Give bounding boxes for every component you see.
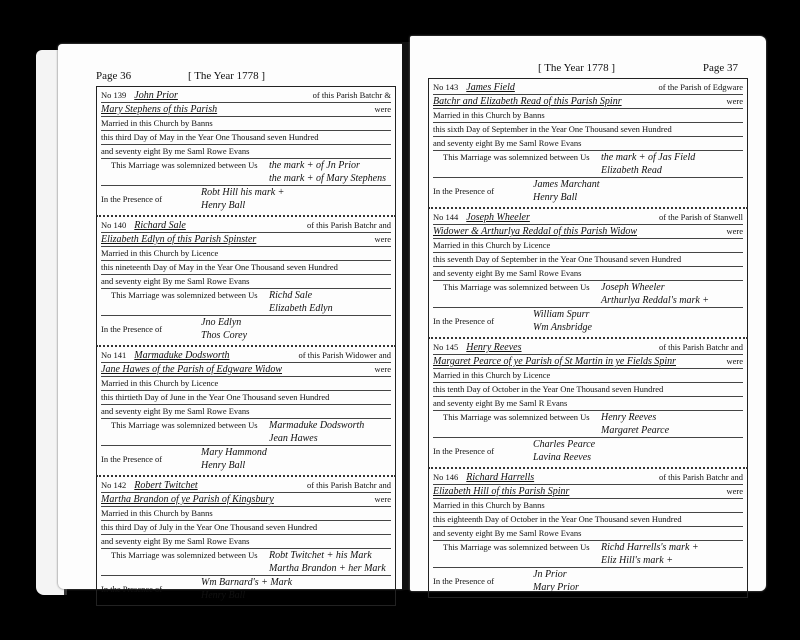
officiant-line: and seventy eight By me Saml Rowe Evans [101, 405, 250, 418]
signature: the mark + of Jn Prior [261, 159, 391, 172]
marriage-entry: No 139 John Prior of this Parish Batchr … [96, 86, 396, 215]
signature: the mark + of Mary Stephens [261, 172, 391, 185]
signature: Martha Brandon + her Mark [261, 562, 391, 575]
were-label: were [726, 225, 743, 238]
bride-line: Jane Hawes of the Parish of Edgware Wido… [101, 363, 282, 376]
signature: Jean Hawes [261, 432, 391, 445]
officiant-line: and seventy eight By me Saml Rowe Evans [101, 275, 250, 288]
groom-parish: of this Parish Batchr and [659, 341, 743, 354]
entry-number: No 140 [101, 219, 126, 232]
marriage-entry: No 145 Henry Reeves of this Parish Batch… [428, 337, 748, 467]
page-number: Page 37 [703, 62, 738, 74]
married-in-line: Married in this Church by Banns [101, 507, 213, 520]
solemnized-label: This Marriage was solemnized between Us [101, 289, 261, 315]
groom-name: James Field [466, 81, 515, 94]
were-label: were [374, 233, 391, 246]
day-line: this third Day of July in the Year One T… [101, 521, 317, 534]
groom-parish: of this Parish Batchr and [307, 479, 391, 492]
solemnized-label: This Marriage was solemnized between Us [433, 281, 593, 307]
groom-parish: of this Parish Batchr and [307, 219, 391, 232]
signature: Elizabeth Read [593, 164, 743, 177]
witness: Henry Ball [193, 589, 391, 602]
entry-number: No 141 [101, 349, 126, 362]
bride-line: Elizabeth Edlyn of this Parish Spinster [101, 233, 256, 246]
signature: Richd Harrells's mark + [593, 541, 743, 554]
entry-number: No 144 [433, 211, 458, 224]
solemnized-label: This Marriage was solemnized between Us [101, 419, 261, 445]
married-in-line: Married in this Church by Licence [433, 369, 550, 382]
married-in-line: Married in this Church by Banns [101, 117, 213, 130]
marriage-entry: No 146 Richard Harrells of this Parish B… [428, 467, 748, 598]
witness: Mary Prior [525, 581, 743, 594]
presence-label: In the Presence of [101, 583, 193, 596]
solemnized-label: This Marriage was solemnized between Us [433, 151, 593, 177]
right-page: [ The Year 1778 ] Page 37 No 143 James F… [410, 36, 766, 591]
groom-name: Robert Twitchet [134, 479, 197, 492]
groom-parish: of the Parish of Stanwell [659, 211, 743, 224]
marriage-entry: No 142 Robert Twitchet of this Parish Ba… [96, 475, 396, 606]
book-gutter [402, 42, 410, 590]
entry-number: No 143 [433, 81, 458, 94]
married-in-line: Married in this Church by Banns [433, 109, 545, 122]
were-label: were [374, 363, 391, 376]
signature: Robt Twitchet + his Mark [261, 549, 391, 562]
signature: Eliz Hill's mark + [593, 554, 743, 567]
witness: Henry Ball [193, 199, 391, 212]
day-line: this third Day of May in the Year One Th… [101, 131, 319, 144]
signature: Richd Sale [261, 289, 391, 302]
year-heading: [ The Year 1778 ] [188, 70, 265, 82]
were-label: were [726, 355, 743, 368]
were-label: were [374, 493, 391, 506]
groom-name: Marmaduke Dodsworth [134, 349, 229, 362]
witness: Charles Pearce [525, 438, 743, 451]
presence-label: In the Presence of [101, 193, 193, 206]
entry-number: No 145 [433, 341, 458, 354]
groom-parish: of this Parish Widower and [298, 349, 391, 362]
marriage-entry: No 144 Joseph Wheeler of the Parish of S… [428, 207, 748, 337]
witness: Henry Ball [525, 191, 743, 204]
signature: Margaret Pearce [593, 424, 743, 437]
marriage-entry: No 143 James Field of the Parish of Edgw… [428, 78, 748, 207]
presence-label: In the Presence of [433, 445, 525, 458]
day-line: this thirtieth Day of June in the Year O… [101, 391, 329, 404]
entries-list: No 139 John Prior of this Parish Batchr … [96, 86, 396, 606]
presence-label: In the Presence of [433, 315, 525, 328]
married-in-line: Married in this Church by Licence [101, 247, 218, 260]
witness: Jn Prior [525, 568, 743, 581]
solemnized-label: This Marriage was solemnized between Us [433, 411, 593, 437]
witness: Robt Hill his mark + [193, 186, 391, 199]
solemnized-label: This Marriage was solemnized between Us [101, 549, 261, 575]
groom-parish: of this Parish Batchr & [313, 89, 391, 102]
day-line: this sixth Day of September in the Year … [433, 123, 672, 136]
groom-parish: of the Parish of Edgware [658, 81, 743, 94]
day-line: this nineteenth Day of May in the Year O… [101, 261, 338, 274]
groom-name: Joseph Wheeler [466, 211, 530, 224]
witness: James Marchant [525, 178, 743, 191]
day-line: this seventh Day of September in the Yea… [433, 253, 681, 266]
witness: Wm Ansbridge [525, 321, 743, 334]
presence-label: In the Presence of [433, 185, 525, 198]
solemnized-label: This Marriage was solemnized between Us [101, 159, 261, 185]
were-label: were [726, 95, 743, 108]
day-line: this eighteenth Day of October in the Ye… [433, 513, 682, 526]
signature: Joseph Wheeler [593, 281, 743, 294]
marriage-entry: No 140 Richard Sale of this Parish Batch… [96, 215, 396, 345]
groom-name: Henry Reeves [466, 341, 521, 354]
entries-list: No 143 James Field of the Parish of Edgw… [428, 78, 748, 598]
married-in-line: Married in this Church by Licence [433, 239, 550, 252]
were-label: were [374, 103, 391, 116]
presence-label: In the Presence of [101, 323, 193, 336]
witness: Jno Edlyn [193, 316, 391, 329]
entry-number: No 142 [101, 479, 126, 492]
were-label: were [726, 485, 743, 498]
groom-name: John Prior [134, 89, 178, 102]
bride-line: Mary Stephens of this Parish [101, 103, 217, 116]
groom-name: Richard Harrells [466, 471, 534, 484]
bride-line: Batchr and Elizabeth Read of this Parish… [433, 95, 622, 108]
signature: Henry Reeves [593, 411, 743, 424]
signature: Marmaduke Dodsworth [261, 419, 391, 432]
marriage-entry: No 141 Marmaduke Dodsworth of this Paris… [96, 345, 396, 475]
entry-number: No 146 [433, 471, 458, 484]
year-heading: [ The Year 1778 ] [538, 62, 615, 74]
officiant-line: and seventy eight By me Saml Rowe Evans [433, 137, 582, 150]
witness: Thos Corey [193, 329, 391, 342]
presence-label: In the Presence of [433, 575, 525, 588]
officiant-line: and seventy eight By me Saml Rowe Evans [433, 527, 582, 540]
officiant-line: and seventy eight By me Saml R Evans [433, 397, 567, 410]
bride-line: Elizabeth Hill of this Parish Spinr [433, 485, 569, 498]
bride-line: Martha Brandon of ye Parish of Kingsbury [101, 493, 274, 506]
witness: William Spurr [525, 308, 743, 321]
page-number: Page 36 [96, 70, 131, 82]
witness: Lavina Reeves [525, 451, 743, 464]
bride-line: Widower & Arthurlya Reddal of this Paris… [433, 225, 637, 238]
groom-name: Richard Sale [134, 219, 186, 232]
officiant-line: and seventy eight By me Saml Rowe Evans [433, 267, 582, 280]
signature: Arthurlya Reddal's mark + [593, 294, 743, 307]
signature: Elizabeth Edlyn [261, 302, 391, 315]
groom-parish: of this Parish Batchr and [659, 471, 743, 484]
witness: Wm Barnard's + Mark [193, 576, 391, 589]
officiant-line: and seventy eight By me Saml Rowe Evans [101, 145, 250, 158]
married-in-line: Married in this Church by Licence [101, 377, 218, 390]
married-in-line: Married in this Church by Banns [433, 499, 545, 512]
officiant-line: and seventy eight By me Saml Rowe Evans [101, 535, 250, 548]
witness: Mary Hammond [193, 446, 391, 459]
witness: Henry Ball [193, 459, 391, 472]
solemnized-label: This Marriage was solemnized between Us [433, 541, 593, 567]
signature: the mark + of Jas Field [593, 151, 743, 164]
presence-label: In the Presence of [101, 453, 193, 466]
entry-number: No 139 [101, 89, 126, 102]
bride-line: Margaret Pearce of ye Parish of St Marti… [433, 355, 676, 368]
day-line: this tenth Day of October in the Year On… [433, 383, 663, 396]
left-page: Page 36 [ The Year 1778 ] No 139 John Pr… [58, 44, 404, 589]
